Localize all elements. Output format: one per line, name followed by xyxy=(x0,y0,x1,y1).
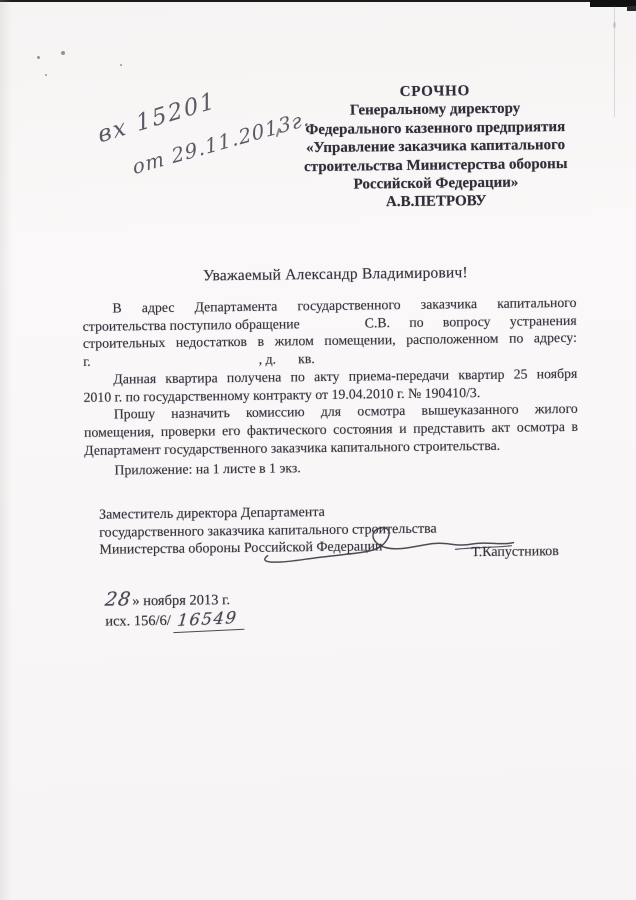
handwritten-day: 28 xyxy=(104,590,133,609)
recipient-block: СРОЧНО Генеральному директору Федерально… xyxy=(284,81,588,214)
date-block: 28» ноября 2013 г. исх. 156/6/16549 xyxy=(105,589,245,632)
letter-body: В адрес Департамента государственного за… xyxy=(82,294,578,480)
salutation: Уважаемый Александр Владимирович! xyxy=(203,264,468,285)
printed-ref: исх. 156/6/ xyxy=(105,612,171,629)
attachment-note: Приложение: на 1 листе в 1 экз. xyxy=(84,456,578,480)
recipient-name: А.В.ПЕТРОВУ xyxy=(285,191,587,213)
recipient-line: строительства Министерства обороны xyxy=(285,154,587,176)
outgoing-ref-line: исх. 156/6/16549 xyxy=(105,609,245,631)
scanned-letter-page: вх 15201 от 29.11.2013г. СРОЧНО Генераль… xyxy=(0,0,636,900)
handwritten-ref-number: 16549 xyxy=(173,608,246,632)
signer-name: Т.Капустников xyxy=(471,544,559,561)
printed-date: » ноября 2013 г. xyxy=(132,592,230,609)
